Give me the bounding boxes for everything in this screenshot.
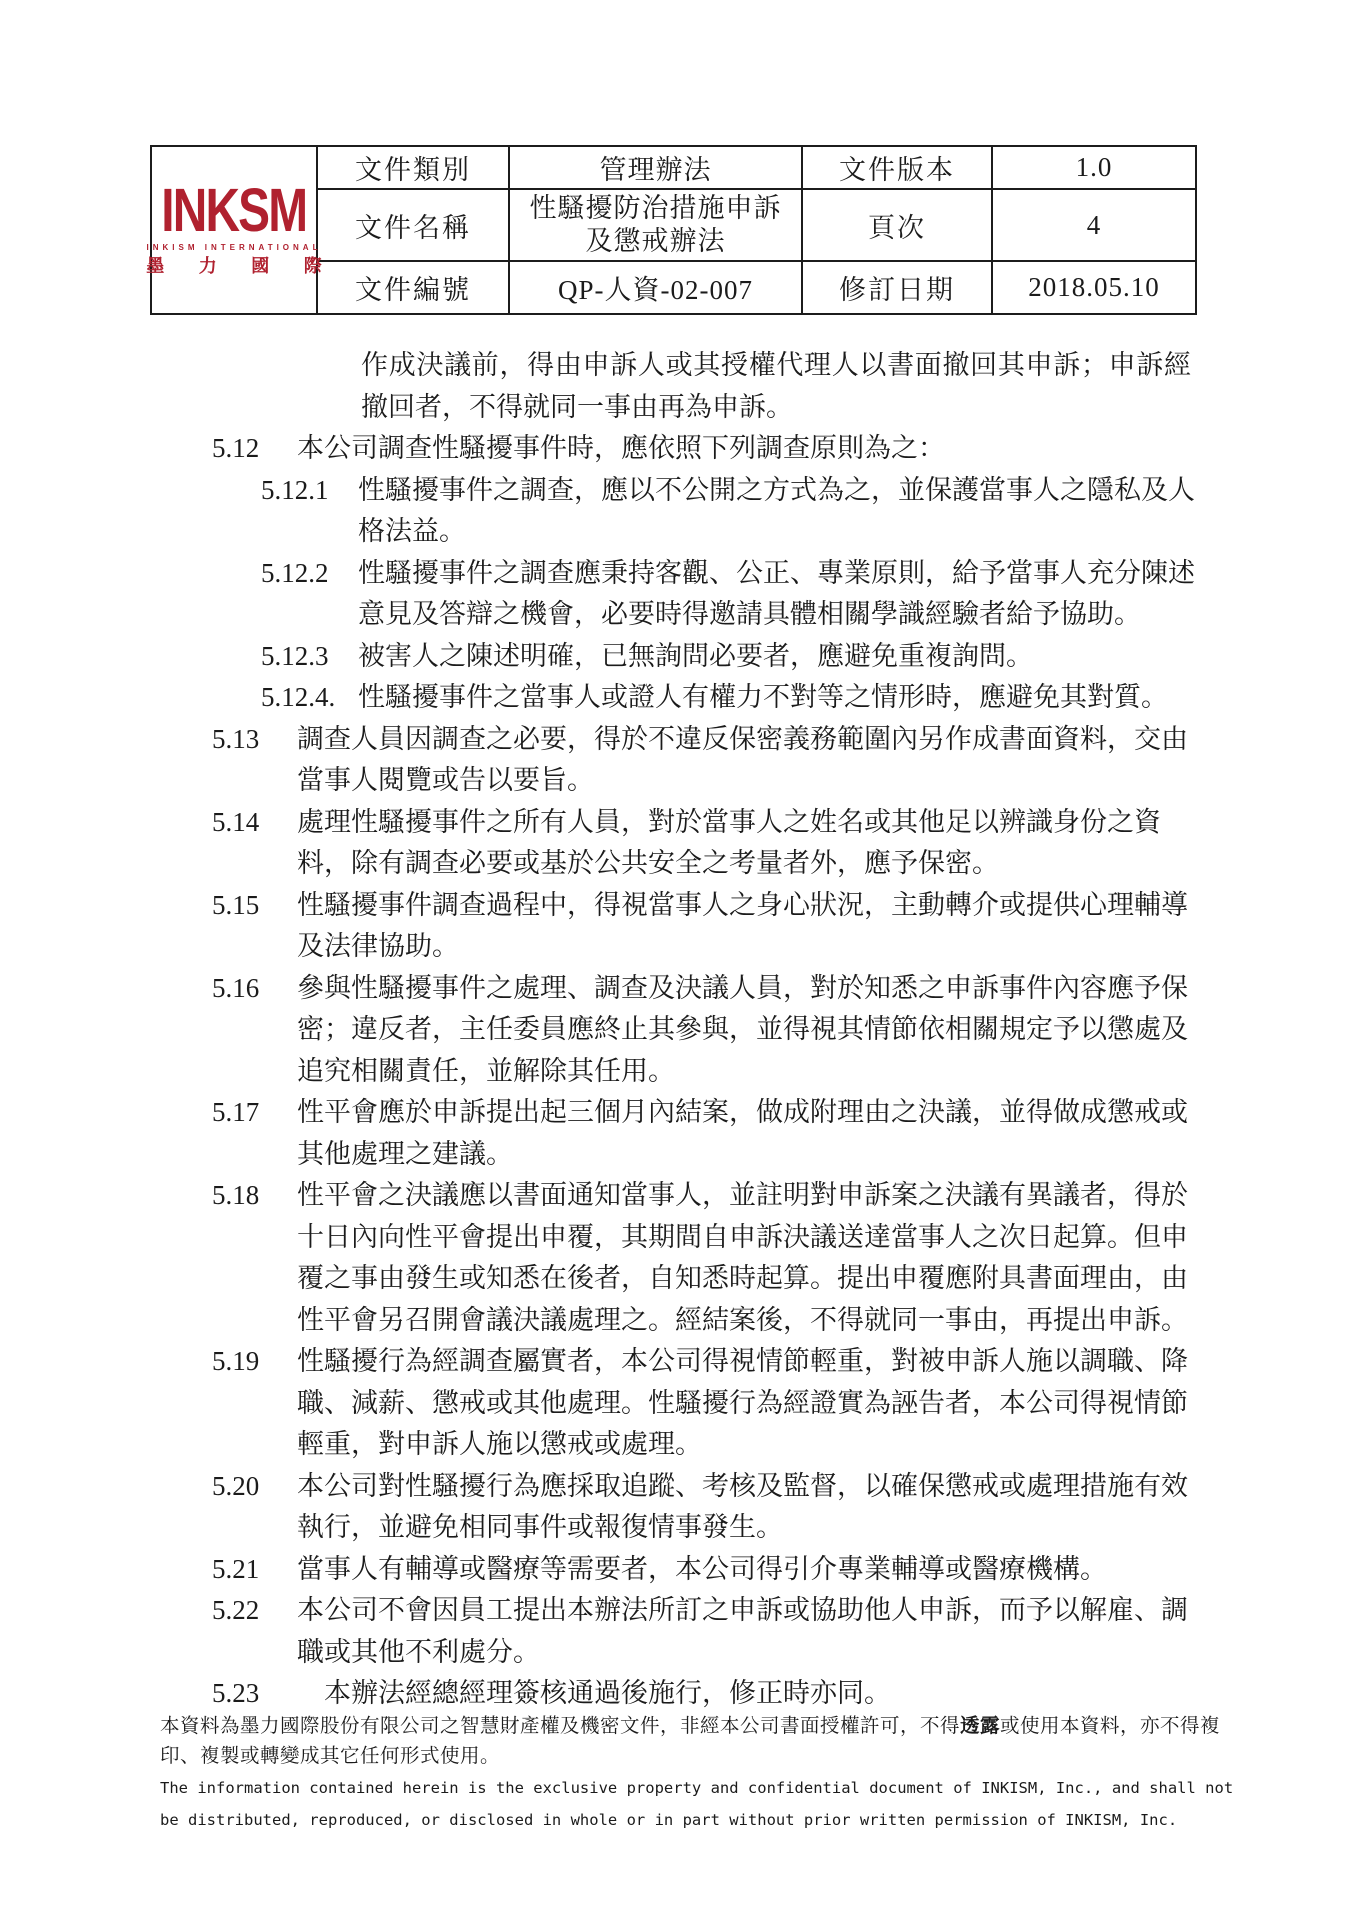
document-page: INKSM INKISM INTERNATIONAL 墨 力 國 際 文件類別 …	[0, 0, 1358, 1921]
page-number-label: 頁次	[802, 189, 992, 261]
body-item: 5.20 本公司對性騷擾行為應採取追蹤、考核及監督，以確保懲戒或處理措施有效執行…	[212, 1466, 1358, 1549]
doc-name-label: 文件名稱	[317, 189, 509, 261]
document-body: 作成決議前，得由申訴人或其授權代理人以書面撤回其申訴；申訴經撤回者，不得就同一事…	[0, 345, 1358, 1715]
item-number: 5.12.4.	[261, 677, 358, 719]
document-header-table: INKSM INKISM INTERNATIONAL 墨 力 國 際 文件類別 …	[150, 145, 1197, 315]
item-number: 5.12	[212, 428, 297, 470]
body-item: 5.15 性騷擾事件調查過程中，得視當事人之身心狀況，主動轉介或提供心理輔導及法…	[212, 885, 1358, 968]
body-items: 5.12 本公司調查性騷擾事件時，應依照下列調查原則為之： 5.12.1 性騷擾…	[0, 428, 1358, 1715]
doc-version-value: 1.0	[992, 146, 1196, 189]
item-number: 5.15	[212, 885, 297, 968]
item-text: 本公司不會因員工提出本辦法所訂之申訴或協助他人申訴，而予以解雇、調職或其他不利處…	[297, 1590, 1196, 1673]
item-text: 被害人之陳述明確，已無詢問必要者，應避免重複詢問。	[358, 636, 1196, 678]
inksm-logo: INKSM INKISM INTERNATIONAL 墨 力 國 際	[156, 185, 312, 275]
body-item: 5.12.1 性騷擾事件之調查，應以不公開之方式為之，並保護當事人之隱私及人格法…	[261, 470, 1358, 553]
item-number: 5.22	[212, 1590, 297, 1673]
item-number: 5.21	[212, 1549, 297, 1591]
item-text: 性騷擾行為經調查屬實者，本公司得視情節輕重，對被申訴人施以調職、降職、減薪、懲戒…	[297, 1341, 1196, 1466]
item-number: 5.16	[212, 968, 297, 1093]
body-item: 5.12.3 被害人之陳述明確，已無詢問必要者，應避免重複詢問。	[261, 636, 1358, 678]
body-item: 5.21 當事人有輔導或醫療等需要者，本公司得引介專業輔導或醫療機構。	[212, 1549, 1358, 1591]
body-item: 5.23 本辦法經總經理簽核通過後施行，修正時亦同。	[212, 1673, 1358, 1715]
logo-chinese-name: 墨 力 國 際	[146, 257, 337, 275]
item-number: 5.19	[212, 1341, 297, 1466]
item-number: 5.12.1	[261, 470, 358, 553]
revision-date-label: 修訂日期	[802, 261, 992, 314]
doc-number-value: QP-人資-02-007	[509, 261, 802, 314]
footer-notice-zh: 本資料為墨力國際股份有限公司之智慧財產權及機密文件，非經本公司書面授權許可，不得…	[160, 1712, 1240, 1772]
item-number: 5.12.3	[261, 636, 358, 678]
item-text: 參與性騷擾事件之處理、調查及決議人員，對於知悉之申訴事件內容應予保密；違反者，主…	[297, 968, 1196, 1093]
item-text: 調查人員因調查之必要，得於不違反保密義務範圍內另作成書面資料，交由當事人閱覽或告…	[297, 719, 1196, 802]
item-text: 本公司調查性騷擾事件時，應依照下列調查原則為之：	[297, 428, 1196, 470]
document-footer: 本資料為墨力國際股份有限公司之智慧財產權及機密文件，非經本公司書面授權許可，不得…	[160, 1712, 1240, 1835]
doc-name-value: 性騷擾防治措施申訴 及懲戒辦法	[509, 189, 802, 261]
body-item: 5.12.4. 性騷擾事件之當事人或證人有權力不對等之情形時，應避免其對質。	[261, 677, 1358, 719]
item-number: 5.18	[212, 1175, 297, 1341]
item-text: 處理性騷擾事件之所有人員，對於當事人之姓名或其他足以辨識身份之資料，除有調查必要…	[297, 802, 1196, 885]
logo-wordmark: INKSM	[162, 180, 307, 241]
item-text: 性騷擾事件之當事人或證人有權力不對等之情形時，應避免其對質。	[358, 677, 1196, 719]
body-item: 5.16 參與性騷擾事件之處理、調查及決議人員，對於知悉之申訴事件內容應予保密；…	[212, 968, 1358, 1093]
body-item: 5.13 調查人員因調查之必要，得於不違反保密義務範圍內另作成書面資料，交由當事…	[212, 719, 1358, 802]
footer-zh-text: 本資料為墨力國際股份有限公司之智慧財產權及機密文件，非經本公司書面授權許可，不得	[160, 1716, 960, 1737]
item-text: 本公司對性騷擾行為應採取追蹤、考核及監督，以確保懲戒或處理措施有效執行，並避免相…	[297, 1466, 1196, 1549]
item-number: 5.13	[212, 719, 297, 802]
item-text: 性騷擾事件之調查應秉持客觀、公正、專業原則，給予當事人充分陳述意見及答辯之機會，…	[358, 553, 1196, 636]
footer-notice-en-line1: The information contained herein is the …	[160, 1773, 1240, 1804]
body-intro-paragraph: 作成決議前，得由申訴人或其授權代理人以書面撤回其申訴；申訴經撤回者，不得就同一事…	[361, 345, 1191, 428]
item-number: 5.14	[212, 802, 297, 885]
doc-category-value: 管理辦法	[509, 146, 802, 189]
body-item: 5.12 本公司調查性騷擾事件時，應依照下列調查原則為之：	[212, 428, 1358, 470]
doc-category-label: 文件類別	[317, 146, 509, 189]
item-text: 性平會應於申訴提出起三個月內結案，做成附理由之決議，並得做成懲戒或其他處理之建議…	[297, 1092, 1196, 1175]
body-item: 5.18 性平會之決議應以書面通知當事人，並註明對申訴案之決議有異議者，得於十日…	[212, 1175, 1358, 1341]
footer-notice-en-line2: be distributed, reproduced, or disclosed…	[160, 1805, 1240, 1836]
item-text: 當事人有輔導或醫療等需要者，本公司得引介專業輔導或醫療機構。	[297, 1549, 1196, 1591]
body-item: 5.14 處理性騷擾事件之所有人員，對於當事人之姓名或其他足以辨識身份之資料，除…	[212, 802, 1358, 885]
revision-date-value: 2018.05.10	[992, 261, 1196, 314]
page-number-value: 4	[992, 189, 1196, 261]
body-item: 5.19 性騷擾行為經調查屬實者，本公司得視情節輕重，對被申訴人施以調職、降職、…	[212, 1341, 1358, 1466]
body-item: 5.22 本公司不會因員工提出本辦法所訂之申訴或協助他人申訴，而予以解雇、調職或…	[212, 1590, 1358, 1673]
logo-cell: INKSM INKISM INTERNATIONAL 墨 力 國 際	[151, 146, 317, 314]
item-text: 本辦法經總經理簽核通過後施行，修正時亦同。	[297, 1673, 1196, 1715]
body-item: 5.17 性平會應於申訴提出起三個月內結案，做成附理由之決議，並得做成懲戒或其他…	[212, 1092, 1358, 1175]
item-number: 5.12.2	[261, 553, 358, 636]
item-number: 5.20	[212, 1466, 297, 1549]
doc-version-label: 文件版本	[802, 146, 992, 189]
footer-zh-bold-text: 透露	[960, 1716, 1000, 1737]
doc-number-label: 文件編號	[317, 261, 509, 314]
item-text: 性騷擾事件之調查，應以不公開之方式為之，並保護當事人之隱私及人格法益。	[358, 470, 1196, 553]
item-text: 性騷擾事件調查過程中，得視當事人之身心狀況，主動轉介或提供心理輔導及法律協助。	[297, 885, 1196, 968]
body-item: 5.12.2 性騷擾事件之調查應秉持客觀、公正、專業原則，給予當事人充分陳述意見…	[261, 553, 1358, 636]
item-text: 性平會之決議應以書面通知當事人，並註明對申訴案之決議有異議者，得於十日內向性平會…	[297, 1175, 1196, 1341]
item-number: 5.23	[212, 1673, 297, 1715]
item-number: 5.17	[212, 1092, 297, 1175]
